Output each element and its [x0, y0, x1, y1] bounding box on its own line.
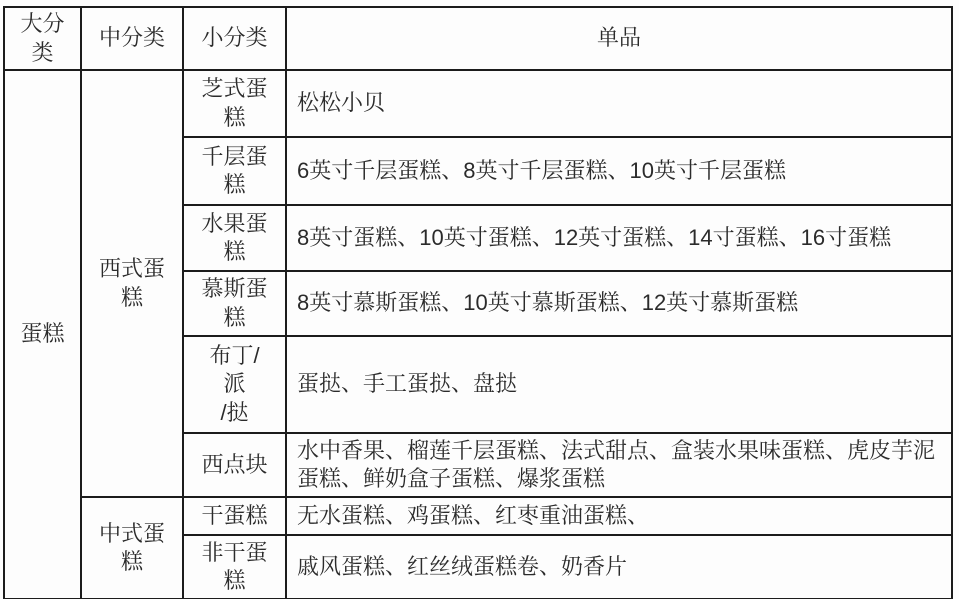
- sub-category-cell: 慕斯蛋糕: [183, 271, 286, 336]
- items-cell: 松松小贝: [286, 70, 952, 137]
- items-cell: 6英寸千层蛋糕、8英寸千层蛋糕、10英寸千层蛋糕: [286, 137, 952, 205]
- sub-category-cell: 芝式蛋糕: [183, 70, 286, 137]
- header-row: 大分类 中分类 小分类 单品: [4, 7, 952, 70]
- items-cell: 蛋挞、手工蛋挞、盘挞: [286, 336, 952, 433]
- sub-category-cell: 布丁/ 派 /挞: [183, 336, 286, 433]
- cake-classification-table-wrap: 大分类 中分类 小分类 单品 蛋糕 西式蛋糕 芝式蛋糕 松松小贝 千层蛋糕 6英…: [3, 6, 953, 599]
- items-cell: 无水蛋糕、鸡蛋糕、红枣重油蛋糕、: [286, 497, 952, 535]
- items-cell: 8英寸蛋糕、10英寸蛋糕、12英寸蛋糕、14寸蛋糕、16寸蛋糕: [286, 205, 952, 271]
- items-cell: 8英寸慕斯蛋糕、10英寸慕斯蛋糕、12英寸慕斯蛋糕: [286, 271, 952, 336]
- mid-category-chinese-cell: 中式蛋糕: [81, 497, 183, 599]
- col-header-major-category: 大分类: [4, 7, 81, 70]
- mid-category-western-cell: 西式蛋糕: [81, 70, 183, 497]
- major-category-cell: 蛋糕: [4, 70, 81, 599]
- items-cell: 戚风蛋糕、红丝绒蛋糕卷、奶香片: [286, 535, 952, 599]
- col-header-mid-category: 中分类: [81, 7, 183, 70]
- sub-category-cell: 水果蛋糕: [183, 205, 286, 271]
- sub-category-cell: 千层蛋糕: [183, 137, 286, 205]
- col-header-items: 单品: [286, 7, 952, 70]
- table-row: 中式蛋糕 干蛋糕 无水蛋糕、鸡蛋糕、红枣重油蛋糕、: [4, 497, 952, 535]
- sub-category-cell: 西点块: [183, 433, 286, 497]
- cake-classification-table: 大分类 中分类 小分类 单品 蛋糕 西式蛋糕 芝式蛋糕 松松小贝 千层蛋糕 6英…: [3, 6, 953, 599]
- sub-category-cell: 干蛋糕: [183, 497, 286, 535]
- items-cell: 水中香果、榴莲千层蛋糕、法式甜点、盒装水果味蛋糕、虎皮芋泥蛋糕、鲜奶盒子蛋糕、爆…: [286, 433, 952, 497]
- col-header-sub-category: 小分类: [183, 7, 286, 70]
- table-row: 蛋糕 西式蛋糕 芝式蛋糕 松松小贝: [4, 70, 952, 137]
- sub-category-cell: 非干蛋糕: [183, 535, 286, 599]
